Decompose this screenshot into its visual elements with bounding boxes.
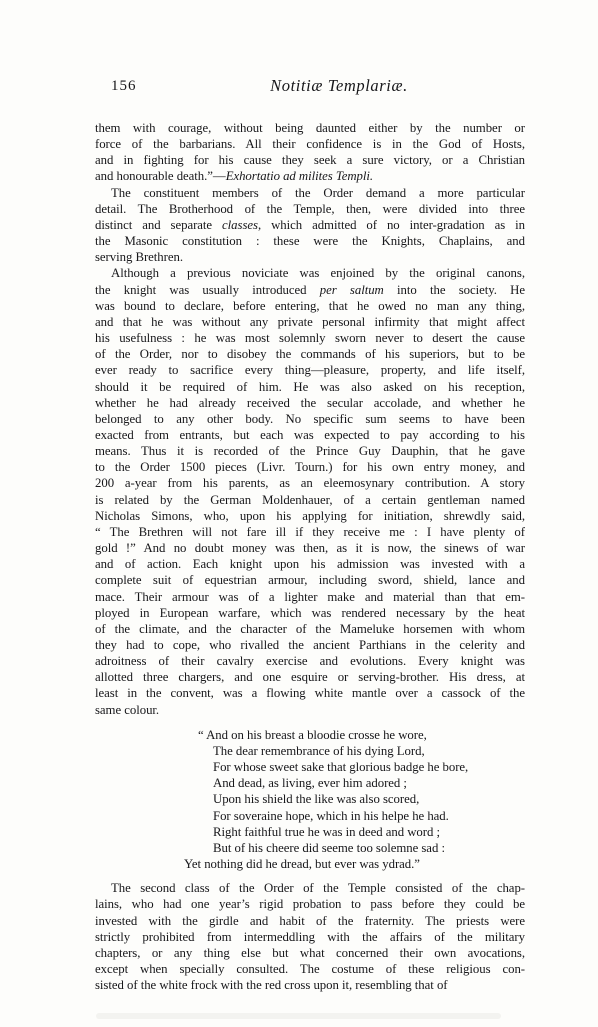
text-segment: gold !” And no doubt money was then, as …: [95, 541, 525, 555]
paragraph-second-class-chaplains: The second class of the Order of the Tem…: [95, 880, 525, 993]
text-segment: and of action. Each knight upon his admi…: [95, 557, 525, 571]
text-segment: 200 a-year from his parents, as an eleem…: [95, 476, 525, 490]
text-line: Yet nothing did he dread, but ever was y…: [184, 856, 525, 872]
text-segment: detail. The Brotherhood of the Temple, t…: [95, 202, 525, 216]
running-title: Notitiæ Templariæ.: [95, 76, 527, 96]
text-line: ployed in European warfare, which was re…: [95, 605, 525, 621]
text-segment: Nicholas Simons, who, upon his applying …: [95, 509, 525, 523]
text-line: complete suit of equestrian armour, incl…: [95, 572, 525, 588]
text-segment: chapters, or any thing else but what con…: [95, 946, 525, 960]
text-line: The second class of the Order of the Tem…: [95, 880, 525, 896]
text-line: same colour.: [95, 702, 525, 718]
italic-text-segment: Exhortatio ad milites Templi.: [226, 169, 373, 183]
text-segment: ployed in European warfare, which was re…: [95, 606, 525, 620]
text-line: whether he had already received the secu…: [95, 395, 525, 411]
text-segment: sisted of the white frock with the red c…: [95, 978, 448, 992]
scan-artifact: [96, 1013, 501, 1019]
text-segment: ever ready to sacrifice every thing—plea…: [95, 363, 525, 377]
text-segment: was bound to declare, before entering, t…: [95, 299, 525, 313]
text-segment: of the Order, nor to disobey the command…: [95, 347, 525, 361]
text-line: And dead, as living, ever him adored ;: [213, 775, 525, 791]
text-body: them with courage, without being daunted…: [95, 120, 525, 993]
text-line: But of his cheere did seeme too solemne …: [213, 840, 525, 856]
text-segment: Upon his shield the like was also scored…: [213, 792, 419, 806]
text-segment: force of the barbarians. All their confi…: [95, 137, 525, 151]
text-line: The constituent members of the Order dem…: [95, 185, 525, 201]
text-segment: lains, who had one year’s rigid probatio…: [95, 897, 525, 911]
italic-text-segment: per saltum: [320, 283, 384, 297]
text-line: should it be required of him. He was als…: [95, 379, 525, 395]
text-line: Nicholas Simons, who, upon his applying …: [95, 508, 525, 524]
text-segment: Yet nothing did he dread, but ever was y…: [184, 857, 420, 871]
text-segment: adroitness of their cavalry exercise and…: [95, 654, 525, 668]
text-segment: belonged to any other body. No specific …: [95, 412, 525, 426]
text-segment: the Masonic constitution : these were th…: [95, 234, 525, 248]
text-line: distinct and separate classes, which adm…: [95, 217, 525, 233]
text-line: least in the convent, was a flowing whit…: [95, 685, 525, 701]
text-line: sisted of the white frock with the red c…: [95, 977, 525, 993]
text-line: 200 a-year from his parents, as an eleem…: [95, 475, 525, 491]
text-line: serving Brethren.: [95, 249, 525, 265]
text-segment: the knight was usually introduced: [95, 283, 320, 297]
italic-text-segment: classes: [222, 218, 258, 232]
text-segment: Although a previous noviciate was enjoin…: [111, 266, 525, 280]
text-line: they had to cope, who rivalled the ancie…: [95, 637, 525, 653]
text-segment: invested with the girdle and habit of th…: [95, 914, 525, 928]
paragraph-noviciate: Although a previous noviciate was enjoin…: [95, 265, 525, 717]
text-line: means. Thus it is recorded of the Prince…: [95, 443, 525, 459]
paragraph-constituent-members: The constituent members of the Order dem…: [95, 185, 525, 266]
text-line: and of action. Each knight upon his admi…: [95, 556, 525, 572]
text-line: to the Order 1500 pieces (Livr. Tourn.) …: [95, 459, 525, 475]
text-segment: Right faithful true he was in deed and w…: [213, 825, 440, 839]
text-segment: and that he was without any private pers…: [95, 315, 525, 329]
text-segment: they had to cope, who rivalled the ancie…: [95, 638, 525, 652]
text-line: the Masonic constitution : these were th…: [95, 233, 525, 249]
text-segment: allotted three chargers, and one esquire…: [95, 670, 525, 684]
text-segment: strictly prohibited from intermeddling w…: [95, 930, 525, 944]
text-segment: “ And on his breast a bloodie crosse he …: [198, 728, 427, 742]
poem-faerie-queene-stanza: “ And on his breast a bloodie crosse he …: [95, 727, 525, 872]
text-line: and honourable death.”—Exhortatio ad mil…: [95, 168, 525, 184]
text-line: gold !” And no doubt money was then, as …: [95, 540, 525, 556]
text-segment: whether he had already received the secu…: [95, 396, 525, 410]
text-line: adroitness of their cavalry exercise and…: [95, 653, 525, 669]
text-line: force of the barbarians. All their confi…: [95, 136, 525, 152]
text-segment: For soveraine hope, which in his helpe h…: [213, 809, 449, 823]
text-line: his usefulness : he was most solemnly sw…: [95, 330, 525, 346]
text-line: allotted three chargers, and one esquire…: [95, 669, 525, 685]
text-line: Right faithful true he was in deed and w…: [213, 824, 525, 840]
text-segment: But of his cheere did seeme too solemne …: [213, 841, 445, 855]
text-line: “ And on his breast a bloodie crosse he …: [198, 727, 525, 743]
text-segment: least in the convent, was a flowing whit…: [95, 686, 525, 700]
page-header: 156 Notitiæ Templariæ.: [95, 76, 527, 100]
text-line: and in fighting for his cause they seek …: [95, 152, 525, 168]
text-line: belonged to any other body. No specific …: [95, 411, 525, 427]
text-line: For whose sweet sake that glorious badge…: [213, 759, 525, 775]
text-line: and that he was without any private pers…: [95, 314, 525, 330]
text-line: of the climate, and the character of the…: [95, 621, 525, 637]
text-line: detail. The Brotherhood of the Temple, t…: [95, 201, 525, 217]
text-segment: The second class of the Order of the Tem…: [111, 881, 525, 895]
text-line: “ The Brethren will not fare ill if they…: [95, 524, 525, 540]
text-segment: distinct and separate: [95, 218, 222, 232]
text-line: except when specially consulted. The cos…: [95, 961, 525, 977]
text-segment: should it be required of him. He was als…: [95, 380, 525, 394]
text-line: mace. Their armour was of a lighter make…: [95, 589, 525, 605]
text-segment: mace. Their armour was of a lighter make…: [95, 590, 525, 604]
text-segment: The dear remembrance of his dying Lord,: [213, 744, 425, 758]
text-segment: “ The Brethren will not fare ill if they…: [95, 525, 525, 539]
text-line: invested with the girdle and habit of th…: [95, 913, 525, 929]
text-line: exacted from entrants, but each was expe…: [95, 427, 525, 443]
text-segment: same colour.: [95, 703, 159, 717]
text-line: strictly prohibited from intermeddling w…: [95, 929, 525, 945]
text-segment: is related by the German Moldenhauer, of…: [95, 493, 525, 507]
text-segment: except when specially consulted. The cos…: [95, 962, 525, 976]
text-line: For soveraine hope, which in his helpe h…: [213, 808, 525, 824]
text-line: was bound to declare, before entering, t…: [95, 298, 525, 314]
text-segment: And dead, as living, ever him adored ;: [213, 776, 407, 790]
text-segment: them with courage, without being daunted…: [95, 121, 525, 135]
text-line: chapters, or any thing else but what con…: [95, 945, 525, 961]
text-segment: into the society. He: [384, 283, 525, 297]
text-line: lains, who had one year’s rigid probatio…: [95, 896, 525, 912]
text-segment: his usefulness : he was most solemnly sw…: [95, 331, 525, 345]
text-line: ever ready to sacrifice every thing—plea…: [95, 362, 525, 378]
text-segment: and honourable death.”—: [95, 169, 226, 183]
text-segment: serving Brethren.: [95, 250, 183, 264]
text-segment: to the Order 1500 pieces (Livr. Tourn.) …: [95, 460, 525, 474]
text-segment: exacted from entrants, but each was expe…: [95, 428, 525, 442]
text-segment: complete suit of equestrian armour, incl…: [95, 573, 525, 587]
text-segment: For whose sweet sake that glorious badge…: [213, 760, 468, 774]
text-segment: , which admitted of no inter-gradation a…: [258, 218, 525, 232]
text-line: the knight was usually introduced per sa…: [95, 282, 525, 298]
book-page: 156 Notitiæ Templariæ. them with courage…: [0, 0, 598, 1027]
paragraph-exhortatio-quote: them with courage, without being daunted…: [95, 120, 525, 185]
text-segment: of the climate, and the character of the…: [95, 622, 525, 636]
text-line: Although a previous noviciate was enjoin…: [95, 265, 525, 281]
text-line: of the Order, nor to disobey the command…: [95, 346, 525, 362]
text-segment: means. Thus it is recorded of the Prince…: [95, 444, 525, 458]
text-segment: The constituent members of the Order dem…: [111, 186, 525, 200]
text-line: The dear remembrance of his dying Lord,: [213, 743, 525, 759]
text-line: is related by the German Moldenhauer, of…: [95, 492, 525, 508]
text-line: them with courage, without being daunted…: [95, 120, 525, 136]
text-line: Upon his shield the like was also scored…: [213, 791, 525, 807]
text-segment: and in fighting for his cause they seek …: [95, 153, 525, 167]
